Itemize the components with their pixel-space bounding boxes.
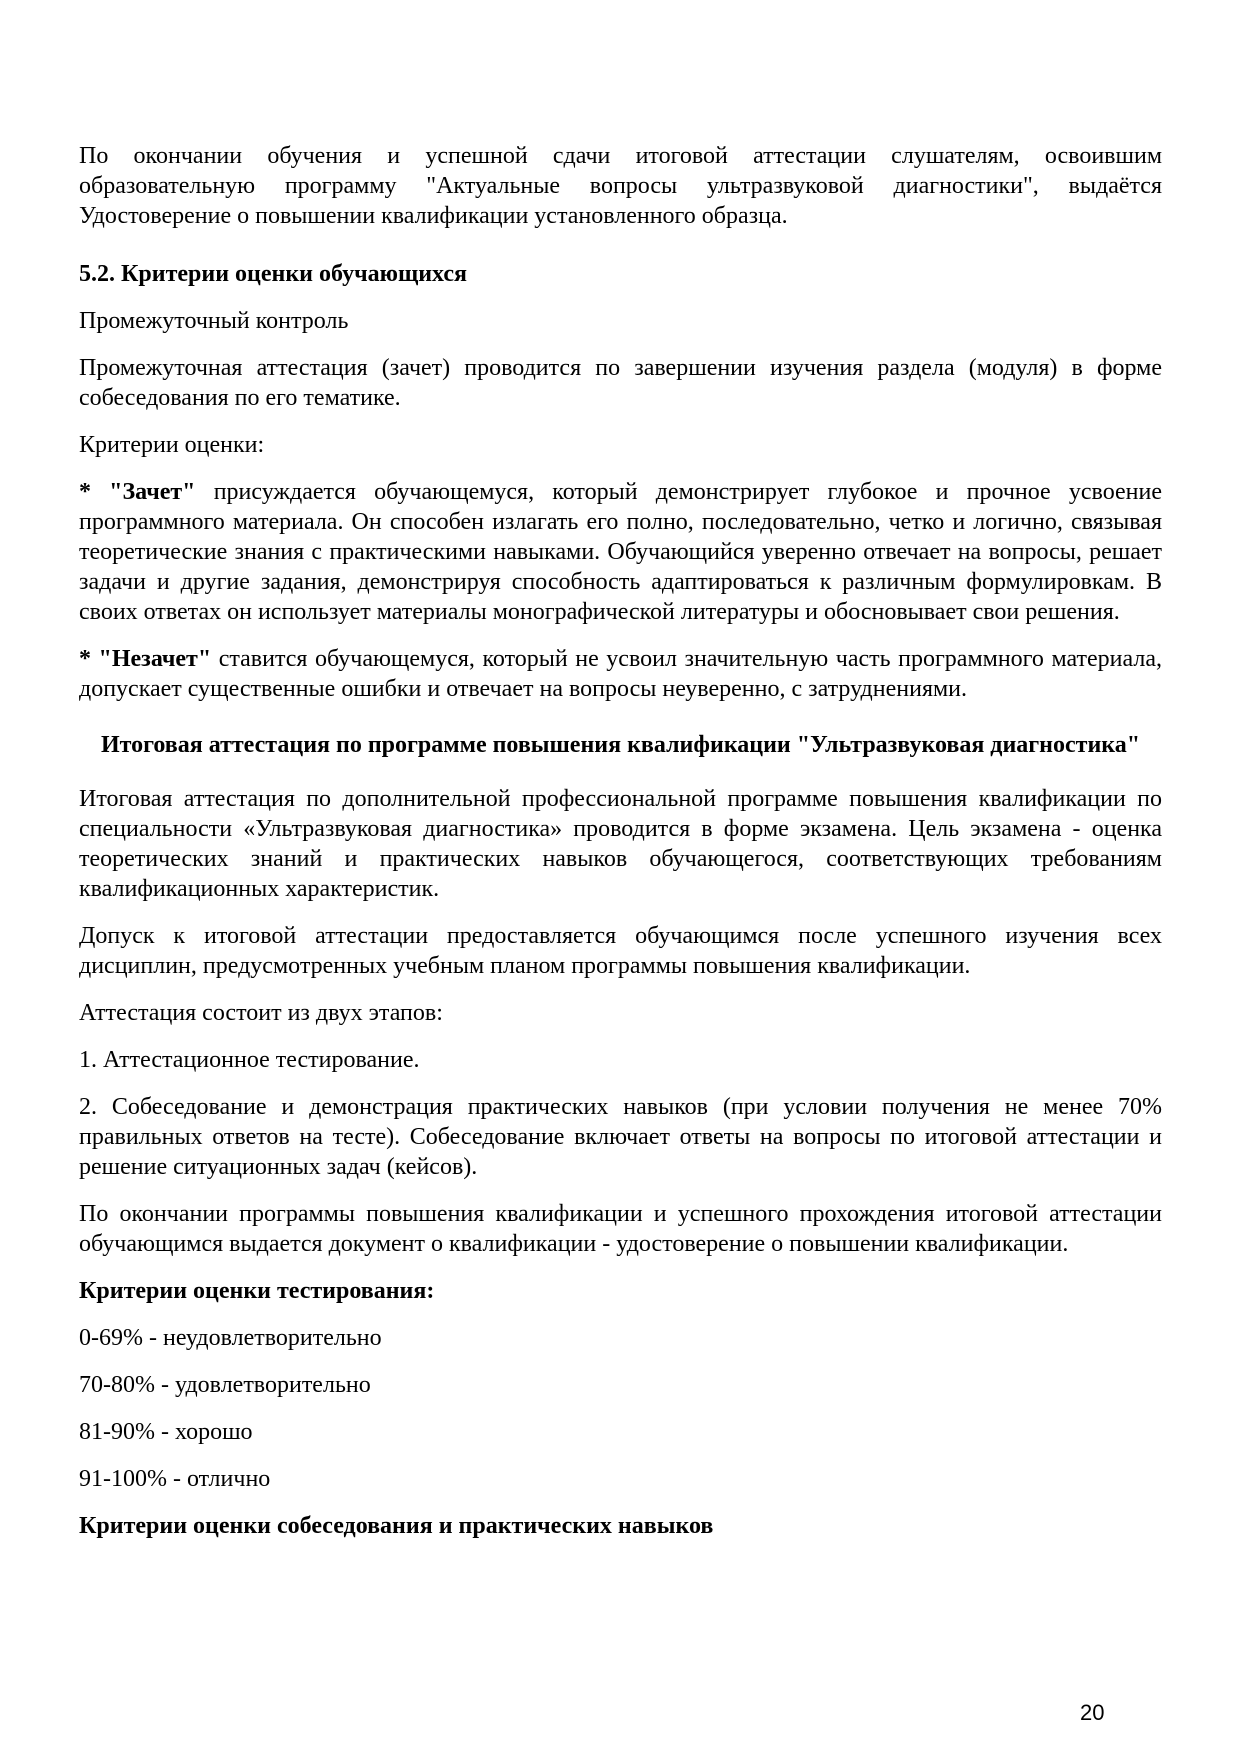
grade-excellent: 91-100% - отлично [79,1464,1162,1494]
section-5-2-heading: 5.2. Критерии оценки обучающихся [79,259,1162,289]
final-attestation-heading: Итоговая аттестация по программе повышен… [79,730,1162,760]
intro-paragraph: По окончании обучения и успешной сдачи и… [79,141,1162,231]
fail-description: ставится обучающемуся, который не усвоил… [79,646,1162,702]
pass-criteria-paragraph: * "Зачет" присуждается обучающемуся, кот… [79,477,1162,627]
pass-term: * "Зачет" [79,479,196,505]
fail-term: * "Незачет" [79,646,211,672]
stage-2-item: 2. Собеседование и демонстрация практиче… [79,1092,1162,1182]
pass-description: присуждается обучающемуся, который демон… [79,479,1162,625]
interim-description: Промежуточная аттестация (зачет) проводи… [79,353,1162,413]
grade-satisfactory: 70-80% - удовлетворительно [79,1370,1162,1400]
page-number: 20 [1080,1700,1104,1726]
interim-control-label: Промежуточный контроль [79,306,1162,336]
interview-criteria-heading: Критерии оценки собеседования и практиче… [79,1511,1162,1541]
grade-good: 81-90% - хорошо [79,1417,1162,1447]
admission-paragraph: Допуск к итоговой аттестации предоставля… [79,921,1162,981]
completion-document-paragraph: По окончании программы повышения квалифи… [79,1199,1162,1259]
document-page: По окончании обучения и успешной сдачи и… [0,0,1241,1755]
stages-label: Аттестация состоит из двух этапов: [79,998,1162,1028]
criteria-label: Критерии оценки: [79,430,1162,460]
page-content: По окончании обучения и успешной сдачи и… [79,141,1162,1558]
testing-criteria-heading: Критерии оценки тестирования: [79,1276,1162,1306]
stage-1-item: 1. Аттестационное тестирование. [79,1045,1162,1075]
grade-unsatisfactory: 0-69% - неудовлетворительно [79,1323,1162,1353]
final-attestation-overview: Итоговая аттестация по дополнительной пр… [79,784,1162,904]
fail-criteria-paragraph: * "Незачет" ставится обучающемуся, котор… [79,644,1162,704]
